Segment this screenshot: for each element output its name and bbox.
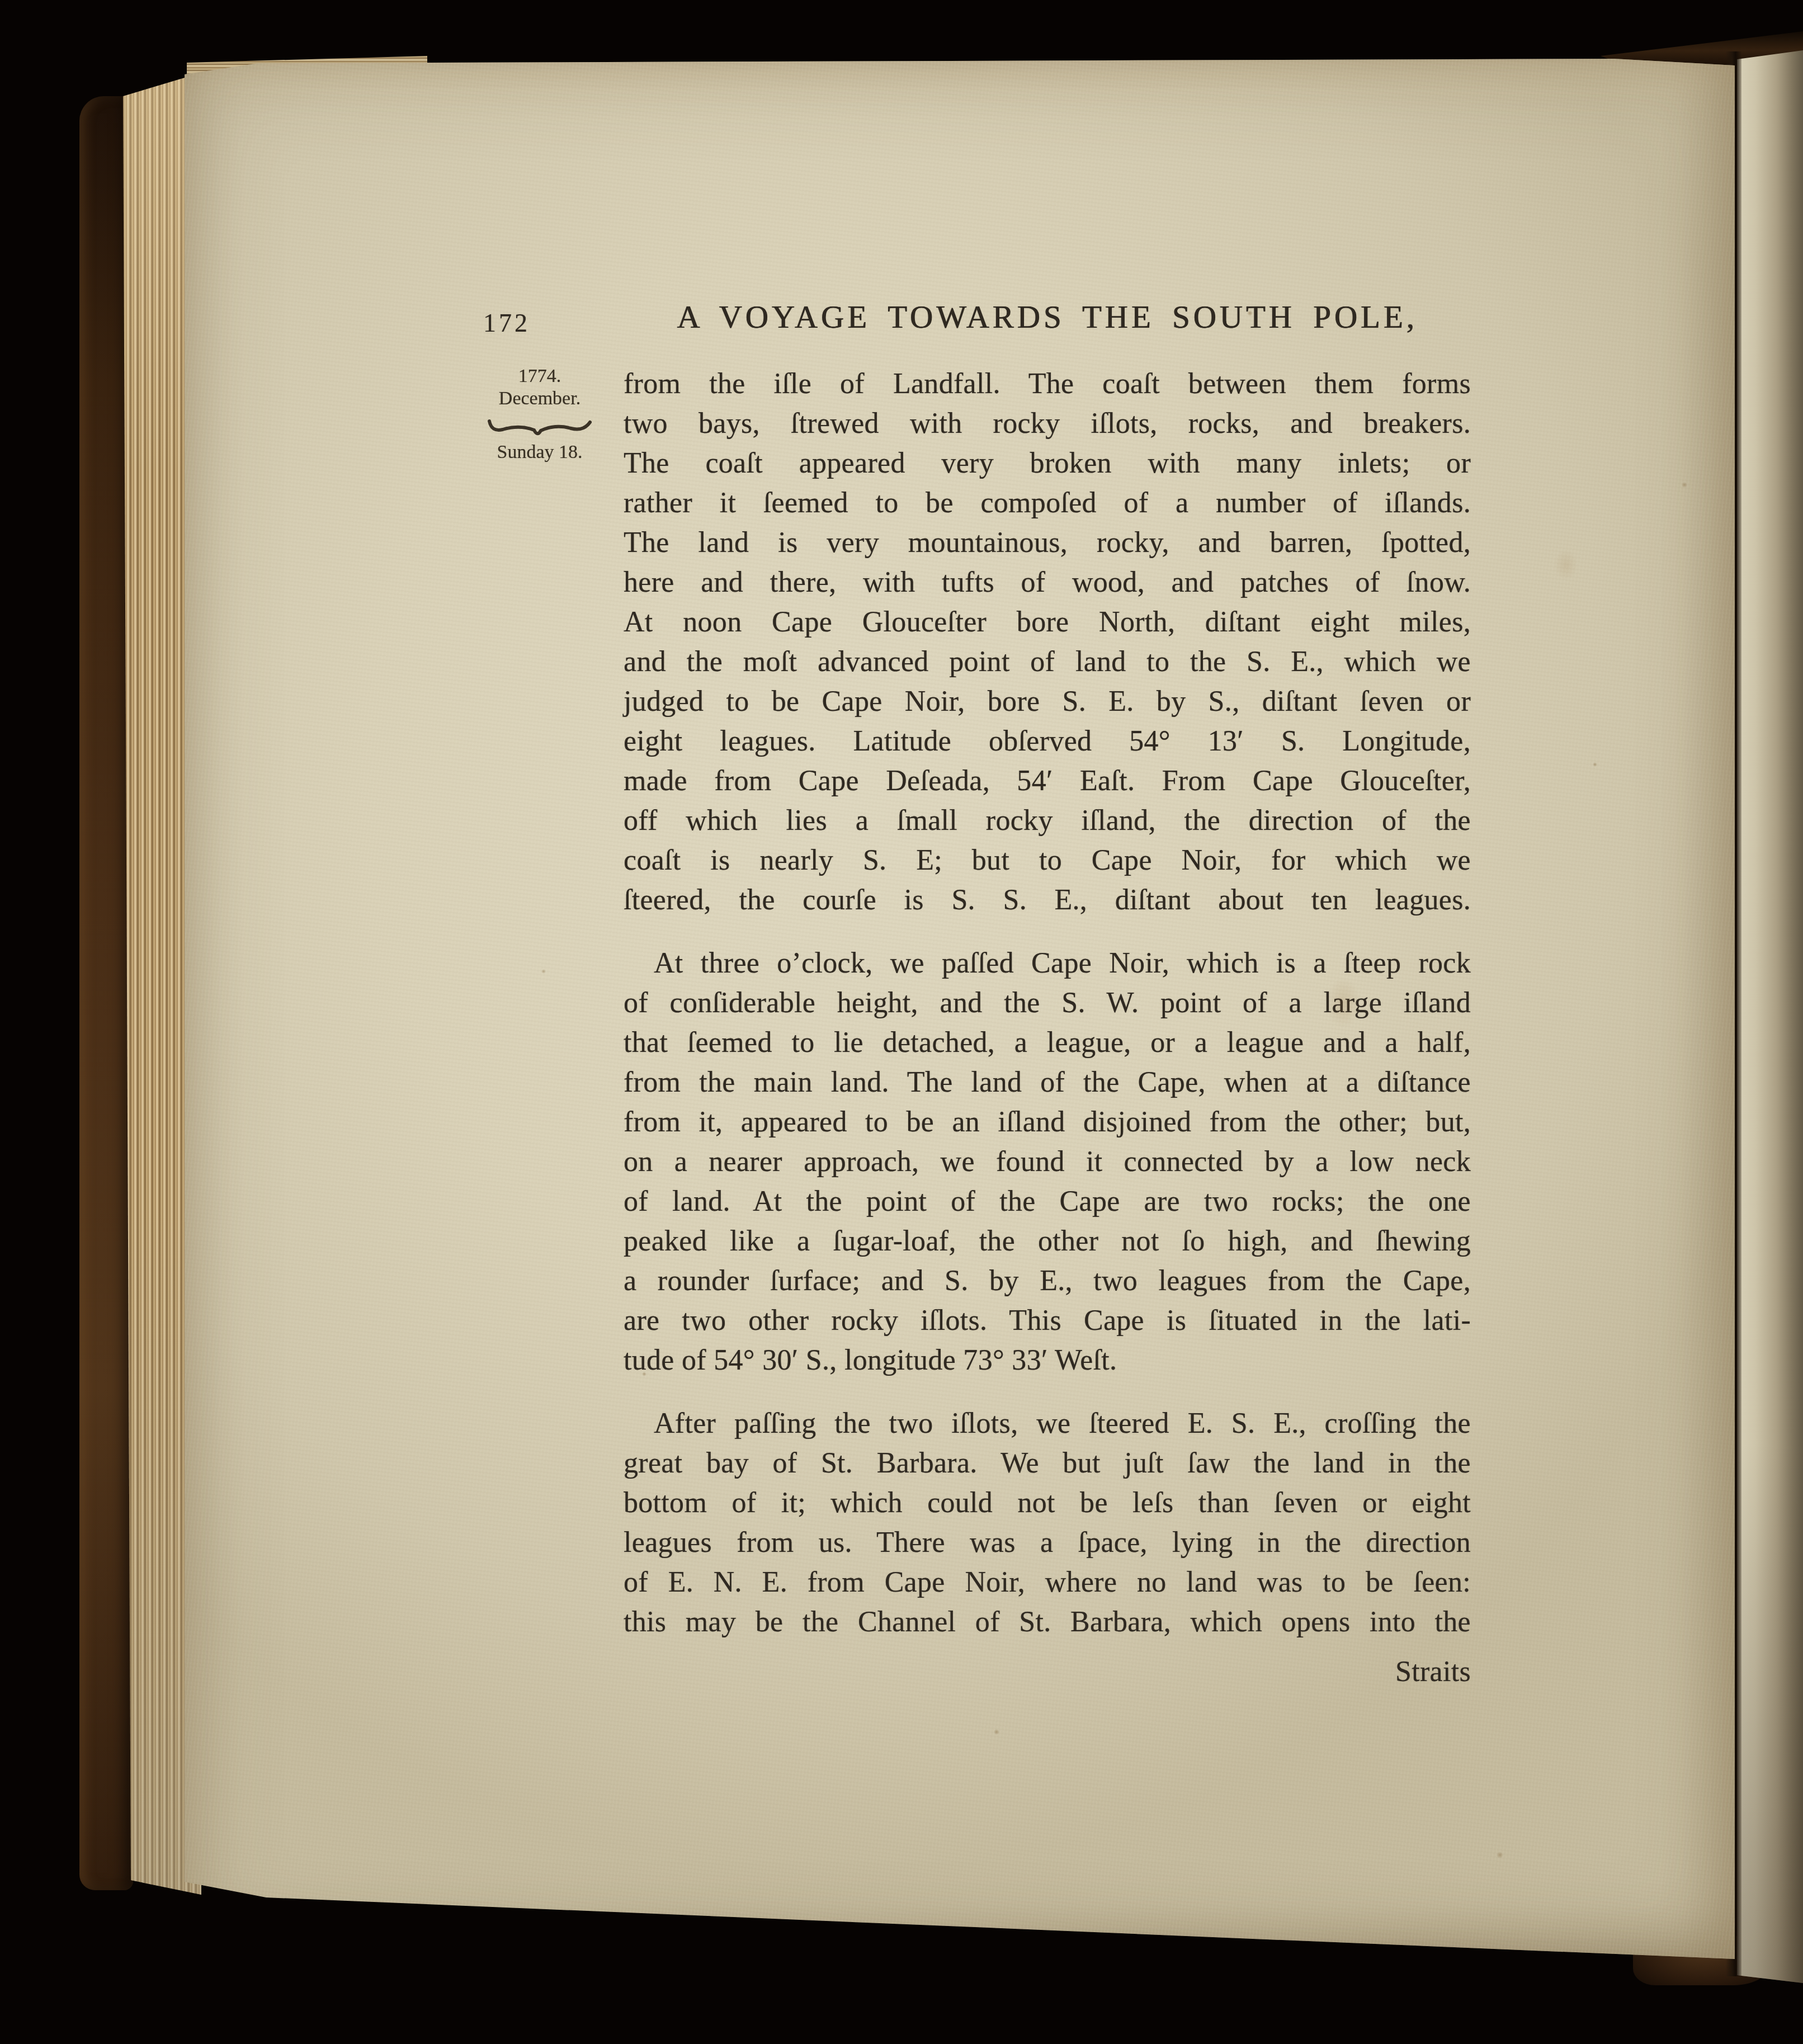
text-line: a rounder ſurface; and S. by E., two lea… (624, 1261, 1471, 1301)
text-line: from the iſle of Landfall. The coaſt bet… (624, 364, 1471, 404)
paragraph: After paſſing the two iſlots, we ſteered… (624, 1404, 1471, 1642)
paragraph: from the iſle of Landfall. The coaſt bet… (624, 364, 1471, 920)
text-line: rather it ſeemed to be compoſed of a num… (624, 483, 1471, 523)
main-page: 172 A VOYAGE TOWARDS THE SOUTH POLE, 177… (185, 59, 1735, 1961)
text-line: bottom of it; which could not be leſs th… (624, 1483, 1471, 1523)
body-text: from the iſle of Landfall. The coaſt bet… (624, 364, 1471, 1692)
text-line: judged to be Cape Noir, bore S. E. by S.… (624, 682, 1471, 721)
text-line: are two other rocky iſlots. This Cape is… (624, 1301, 1471, 1340)
text-line: At three o’clock, we paſſed Cape Noir, w… (624, 943, 1471, 983)
text-line: of land. At the point of the Cape are tw… (624, 1182, 1471, 1221)
book-photo: { "page": { "header": { "page_number": "… (0, 0, 1803, 2044)
text-line: of E. N. E. from Cape Noir, where no lan… (624, 1562, 1471, 1602)
text-line: that ſeemed to lie detached, a league, o… (624, 1023, 1471, 1063)
text-line: great bay of St. Barbara. We but juſt ſa… (624, 1443, 1471, 1483)
text-line: off which lies a ſmall rocky iſland, the… (624, 801, 1471, 841)
margin-day: Sunday 18. (479, 441, 601, 464)
text-line: here and there, with tufts of wood, and … (624, 563, 1471, 602)
page-number: 172 (483, 308, 530, 338)
text-line: eight leagues. Latitude obſerved 54° 13′… (624, 721, 1471, 761)
text-line: At noon Cape Glouceſter bore North, diſt… (624, 602, 1471, 642)
running-title: A VOYAGE TOWARDS THE SOUTH POLE, (624, 299, 1471, 336)
date-brace-icon (485, 414, 594, 439)
catchword: Straits (624, 1652, 1471, 1692)
margin-month: December. (479, 388, 601, 410)
text-line: from it, appeared to be an iſland disjoi… (624, 1102, 1471, 1142)
text-line: ſteered, the courſe is S. S. E., diſtant… (624, 880, 1471, 920)
text-line: leagues from us. There was a ſpace, lyin… (624, 1523, 1471, 1562)
text-line: tude of 54° 30′ S., longitude 73° 33′ We… (624, 1340, 1471, 1380)
text-line: made from Cape Deſeada, 54′ Eaſt. From C… (624, 761, 1471, 801)
text-line: this may be the Channel of St. Barbara, … (624, 1602, 1471, 1642)
date-margin-note: 1774. December. Sunday 18. (479, 365, 601, 464)
margin-year: 1774. (479, 365, 601, 388)
text-line: two bays, ſtrewed with rocky iſlots, roc… (624, 404, 1471, 443)
text-line: coaſt is nearly S. E; but to Cape Noir, … (624, 841, 1471, 880)
text-line: After paſſing the two iſlots, we ſteered… (624, 1404, 1471, 1443)
text-line: The coaſt appeared very broken with many… (624, 443, 1471, 483)
text-line: peaked like a ſugar-loaf, the other not … (624, 1221, 1471, 1261)
facing-page-edge (1737, 50, 1803, 1983)
text-line: The land is very mountainous, rocky, and… (624, 523, 1471, 563)
text-line: from the main land. The land of the Cape… (624, 1063, 1471, 1102)
text-line: of conſiderable height, and the S. W. po… (624, 983, 1471, 1023)
paragraph: At three o’clock, we paſſed Cape Noir, w… (624, 943, 1471, 1380)
text-line: and the moſt advanced point of land to t… (624, 642, 1471, 682)
text-line: on a nearer approach, we found it connec… (624, 1142, 1471, 1182)
